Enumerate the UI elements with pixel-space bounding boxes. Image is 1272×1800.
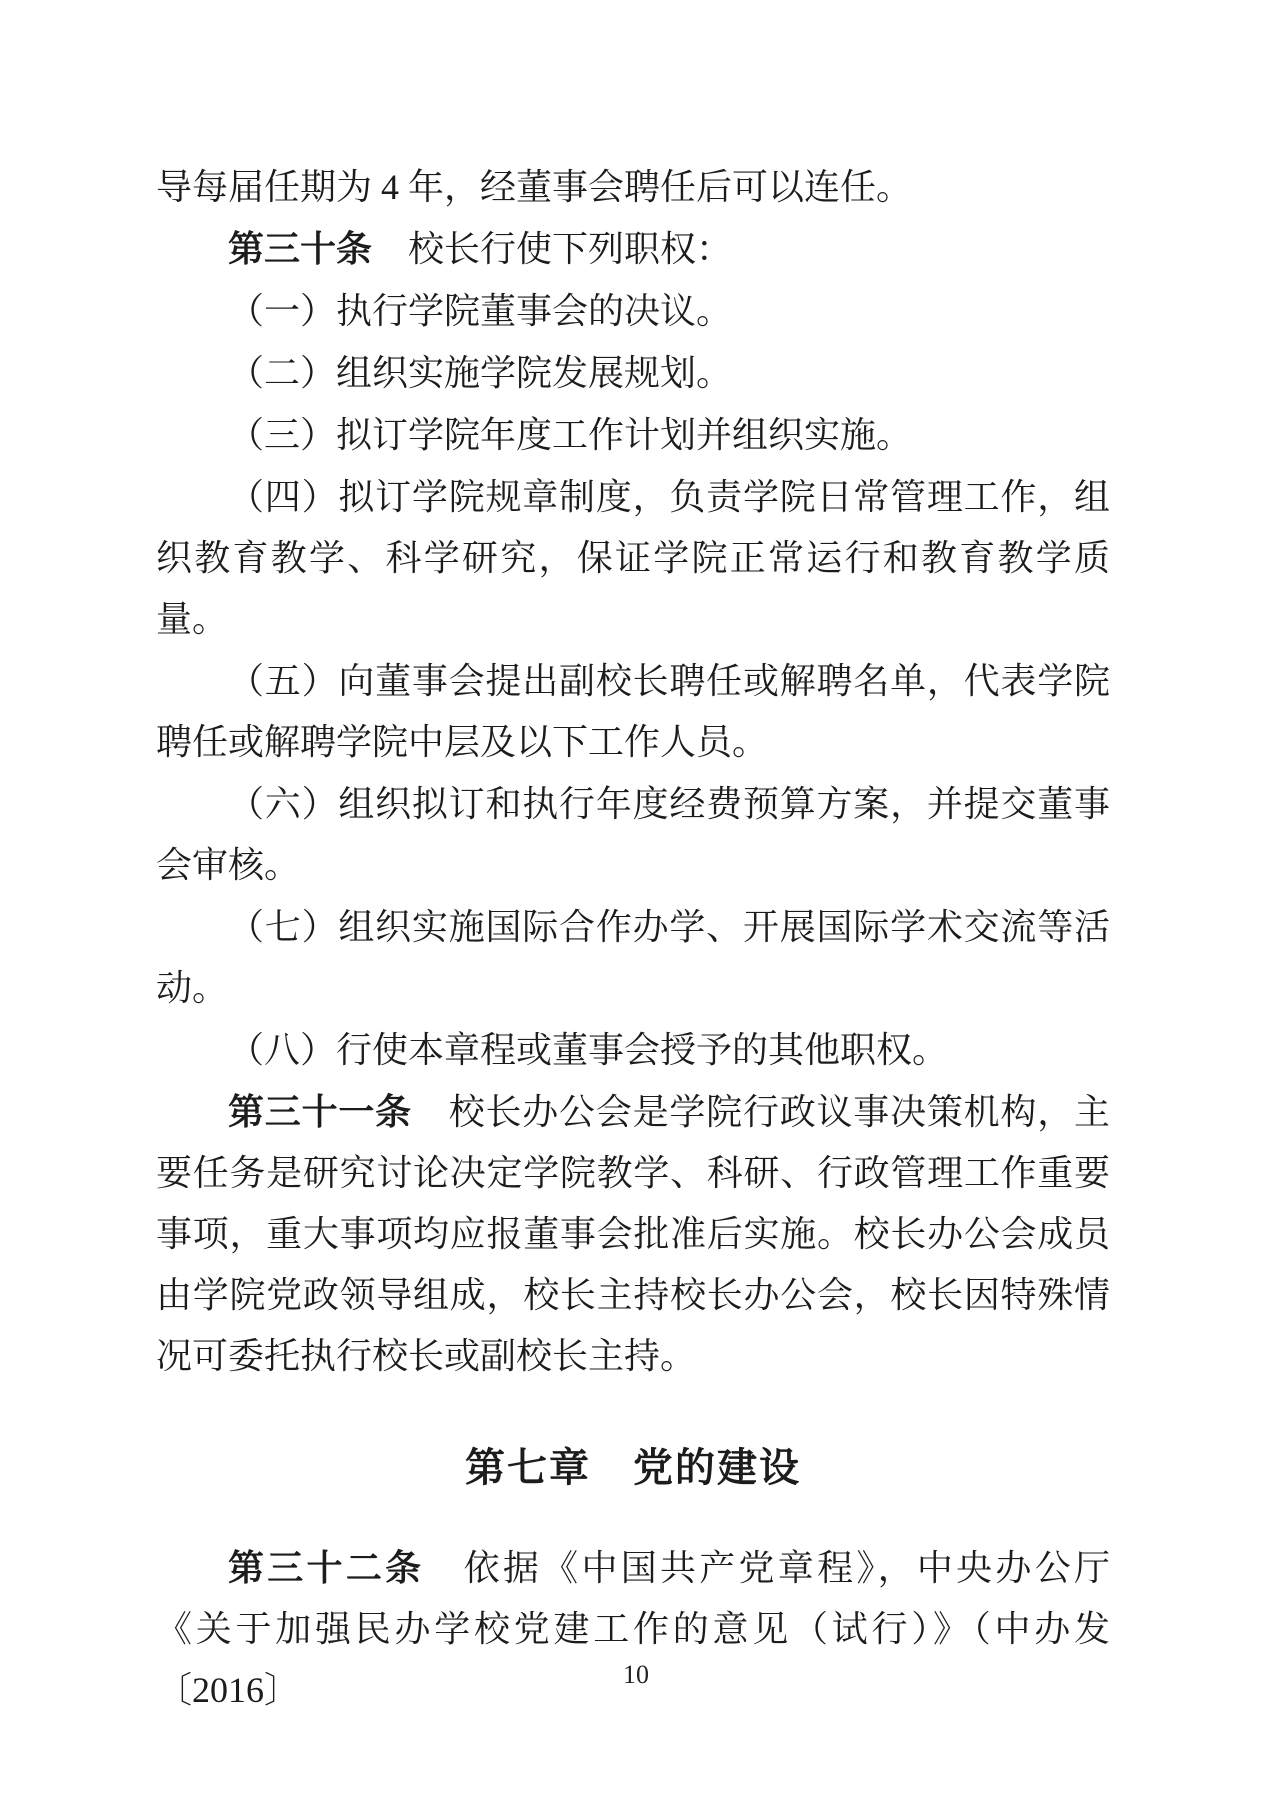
paragraph-text: 校长行使下列职权： <box>372 229 732 269</box>
article-32-paragraph: 第三十二条 依据《中国共产党章程》，中央办公厅《关于加强民办学校党建工作的意见（… <box>156 1537 1110 1721</box>
paragraph-text: （六）组织拟订和执行年度经费预算方案，并提交董事会审核。 <box>156 784 1110 885</box>
article-30-item-5: （五）向董事会提出副校长聘任或解聘名单，代表学院聘任或解聘学院中层及以下工作人员… <box>156 650 1110 773</box>
article-30-label: 第三十条 <box>228 228 372 269</box>
article-30-item-1: （一）执行学院董事会的决议。 <box>156 280 1110 342</box>
continuation-paragraph: 导每届任期为 4 年，经董事会聘任后可以连任。 <box>156 156 1110 218</box>
paragraph-text: （七）组织实施国际合作办学、开展国际学术交流等活动。 <box>156 907 1110 1008</box>
article-30-item-8: （八）行使本章程或董事会授予的其他职权。 <box>156 1019 1110 1081</box>
paragraph-text: （二）组织实施学院发展规划。 <box>228 353 732 393</box>
article-30-paragraph: 第三十条 校长行使下列职权： <box>156 218 1110 280</box>
page-number: 10 <box>0 1660 1272 1690</box>
paragraph-text: 导每届任期为 4 年，经董事会聘任后可以连任。 <box>156 167 912 207</box>
article-30-item-4: （四）拟订学院规章制度，负责学院日常管理工作，组织教育教学、科学研究，保证学院正… <box>156 466 1110 650</box>
paragraph-text: （一）执行学院董事会的决议。 <box>228 291 732 331</box>
article-30-item-6: （六）组织拟订和执行年度经费预算方案，并提交董事会审核。 <box>156 773 1110 896</box>
article-30-item-7: （七）组织实施国际合作办学、开展国际学术交流等活动。 <box>156 896 1110 1019</box>
paragraph-text: （五）向董事会提出副校长聘任或解聘名单，代表学院聘任或解聘学院中层及以下工作人员… <box>156 661 1110 762</box>
paragraph-text: （八）行使本章程或董事会授予的其他职权。 <box>228 1030 948 1070</box>
article-31-label: 第三十一条 <box>228 1091 412 1132</box>
paragraph-text: （三）拟订学院年度工作计划并组织实施。 <box>228 415 912 455</box>
page-content: 导每届任期为 4 年，经董事会聘任后可以连任。 第三十条 校长行使下列职权： （… <box>156 156 1110 1721</box>
paragraph-text: （四）拟订学院规章制度，负责学院日常管理工作，组织教育教学、科学研究，保证学院正… <box>156 477 1110 639</box>
document-page: 导每届任期为 4 年，经董事会聘任后可以连任。 第三十条 校长行使下列职权： （… <box>0 0 1272 1800</box>
article-32-label: 第三十二条 <box>228 1547 424 1588</box>
article-30-item-3: （三）拟订学院年度工作计划并组织实施。 <box>156 404 1110 466</box>
article-31-paragraph: 第三十一条 校长办公会是学院行政议事决策机构，主要任务是研究讨论决定学院教学、科… <box>156 1081 1110 1387</box>
article-30-item-2: （二）组织实施学院发展规划。 <box>156 342 1110 404</box>
paragraph-text: 校长办公会是学院行政议事决策机构，主要任务是研究讨论决定学院教学、科研、行政管理… <box>156 1092 1110 1376</box>
chapter-7-heading: 第七章 党的建设 <box>156 1433 1110 1503</box>
